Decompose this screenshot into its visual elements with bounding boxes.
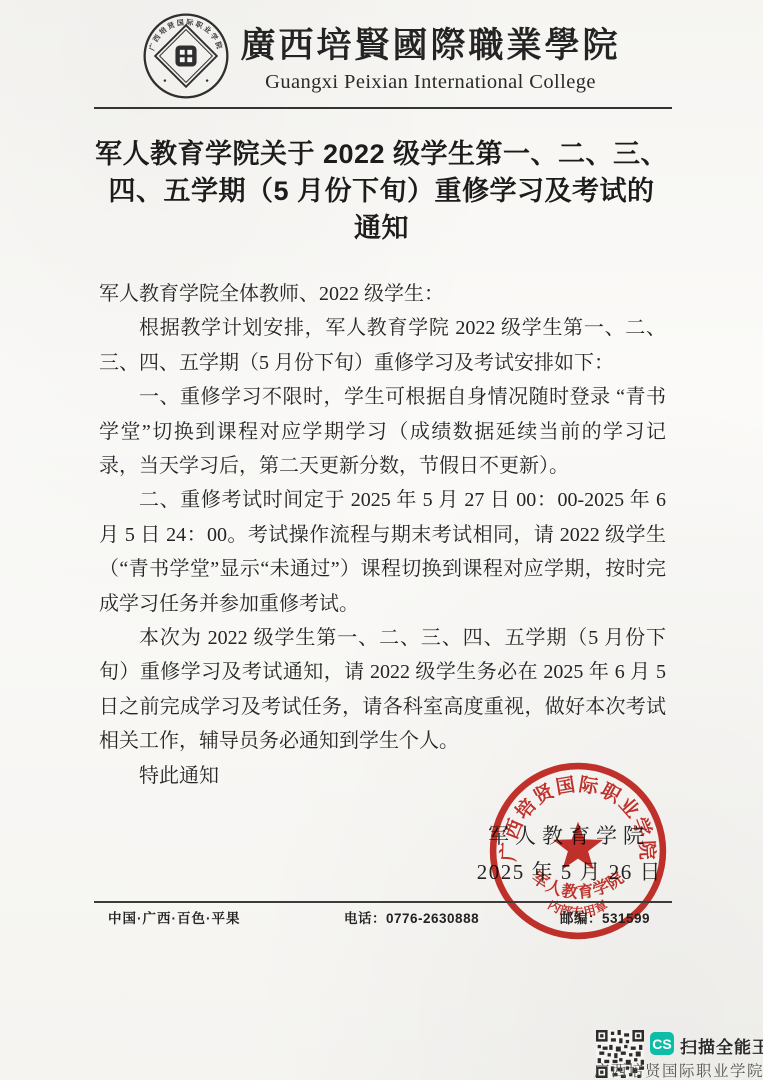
watermark-college-text: 广西培贤国际职业学院 bbox=[594, 1059, 763, 1080]
paragraph-item-1-study: 一、重修学习不限时，学生可根据自身情况随时登录 “青书学堂”切换到课程对应学期学… bbox=[99, 380, 666, 483]
footer-phone: 电话：0776-2630888 bbox=[344, 907, 479, 927]
paragraph-item-2-exam: 二、重修考试时间定于 2025 年 5 月 27 日 00：00-2025 年 … bbox=[99, 483, 666, 621]
footer-divider bbox=[94, 901, 672, 903]
stamp-inner-text: 军人教育学院 bbox=[528, 868, 628, 902]
paragraph-summary: 本次为 2022 级学生第一、二、三、四、五学期（5 月份下旬）重修学习及考试通… bbox=[99, 621, 666, 759]
logo-center-emblem bbox=[176, 45, 197, 66]
college-name-block: 廣西培賢國際職業學院 Guangxi Peixian International… bbox=[240, 18, 620, 94]
college-name-chinese: 廣西培賢國際職業學院 bbox=[240, 18, 620, 68]
stamp-star-icon bbox=[553, 822, 603, 870]
letterhead: 广西培贤国际职业学院 廣西培賢國際職業學院 Guangxi Peixian In… bbox=[0, 12, 763, 100]
notice-title-line-3: 通知 bbox=[0, 210, 763, 247]
notice-body: 军人教育学院全体教师、2022 级学生： 根据教学计划安排，军人教育学院 202… bbox=[99, 277, 666, 793]
paragraph-arrangement: 根据教学计划安排，军人教育学院 2022 级学生第一、二、三、四、五学期（5 月… bbox=[99, 311, 666, 380]
notice-title: 军人教育学院关于 2022 级学生第一、二、三、 四、五学期（5 月份下旬）重修… bbox=[0, 136, 763, 247]
scanned-notice-page: 广西培贤国际职业学院 廣西培賢國際職業學院 Guangxi Peixian In… bbox=[0, 0, 763, 1080]
svg-text:军人教育学院: 军人教育学院 bbox=[528, 868, 628, 902]
footer-postal-code: 邮编：531599 bbox=[560, 907, 650, 927]
footer: 中国·广西·百色·平果 电话：0776-2630888 邮编：531599 bbox=[94, 907, 672, 927]
notice-title-line-2: 四、五学期（5 月份下旬）重修学习及考试的 bbox=[0, 173, 763, 210]
scanner-app-name: 扫描全能王 bbox=[680, 1033, 763, 1058]
college-seal-logo: 广西培贤国际职业学院 bbox=[142, 12, 230, 100]
notice-title-line-1: 军人教育学院关于 2022 级学生第一、二、三、 bbox=[0, 136, 763, 173]
college-name-english: Guangxi Peixian International College bbox=[240, 71, 620, 94]
letterhead-divider bbox=[94, 107, 672, 109]
salutation: 军人教育学院全体教师、2022 级学生： bbox=[99, 277, 666, 311]
footer-address: 中国·广西·百色·平果 bbox=[108, 907, 241, 927]
scanner-watermark: CS 扫描全能王 广西培贤国际职业学院 bbox=[594, 1026, 762, 1080]
camscanner-badge-icon: CS bbox=[650, 1032, 674, 1055]
